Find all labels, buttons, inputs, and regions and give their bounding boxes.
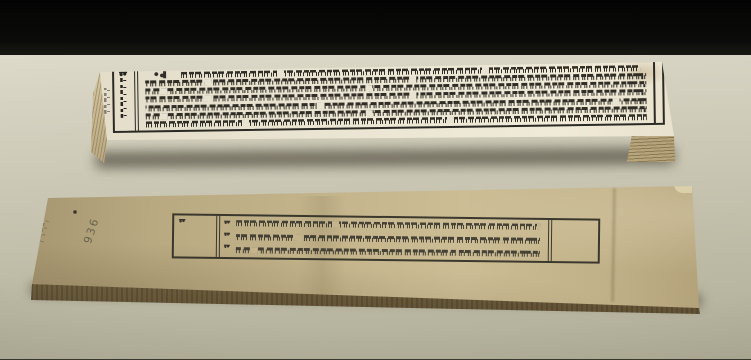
crease-line [611,188,616,302]
corner-glyph [179,219,185,223]
glyph-column [220,216,234,257]
script-line [236,247,540,257]
yig-mgo-ornament [153,71,169,78]
marginal-note-vertical [104,88,110,114]
text-block [138,62,654,131]
worn-corner [674,184,692,193]
ink-spot [73,210,77,214]
left-margin-column [114,70,139,131]
printed-panel [172,213,601,263]
right-margin-rule [653,62,663,123]
faint-pencil-scribble [37,220,49,245]
manuscript-top [78,56,692,180]
line-glyph [224,245,230,249]
panel-end-box-right [552,220,598,262]
line-glyph [224,233,230,237]
script-line [236,220,540,230]
panel-end-box-left [174,215,220,257]
text-block [234,216,548,261]
museum-photo: 936 [0,0,751,360]
manuscript-bottom: 936 [26,178,730,322]
vertical-title-text [120,76,127,118]
line-glyph [224,221,230,225]
printed-frame [112,60,665,133]
case-back-wall [0,0,751,57]
pencil-inventory-number: 936 [81,216,102,246]
script-line [236,234,540,244]
